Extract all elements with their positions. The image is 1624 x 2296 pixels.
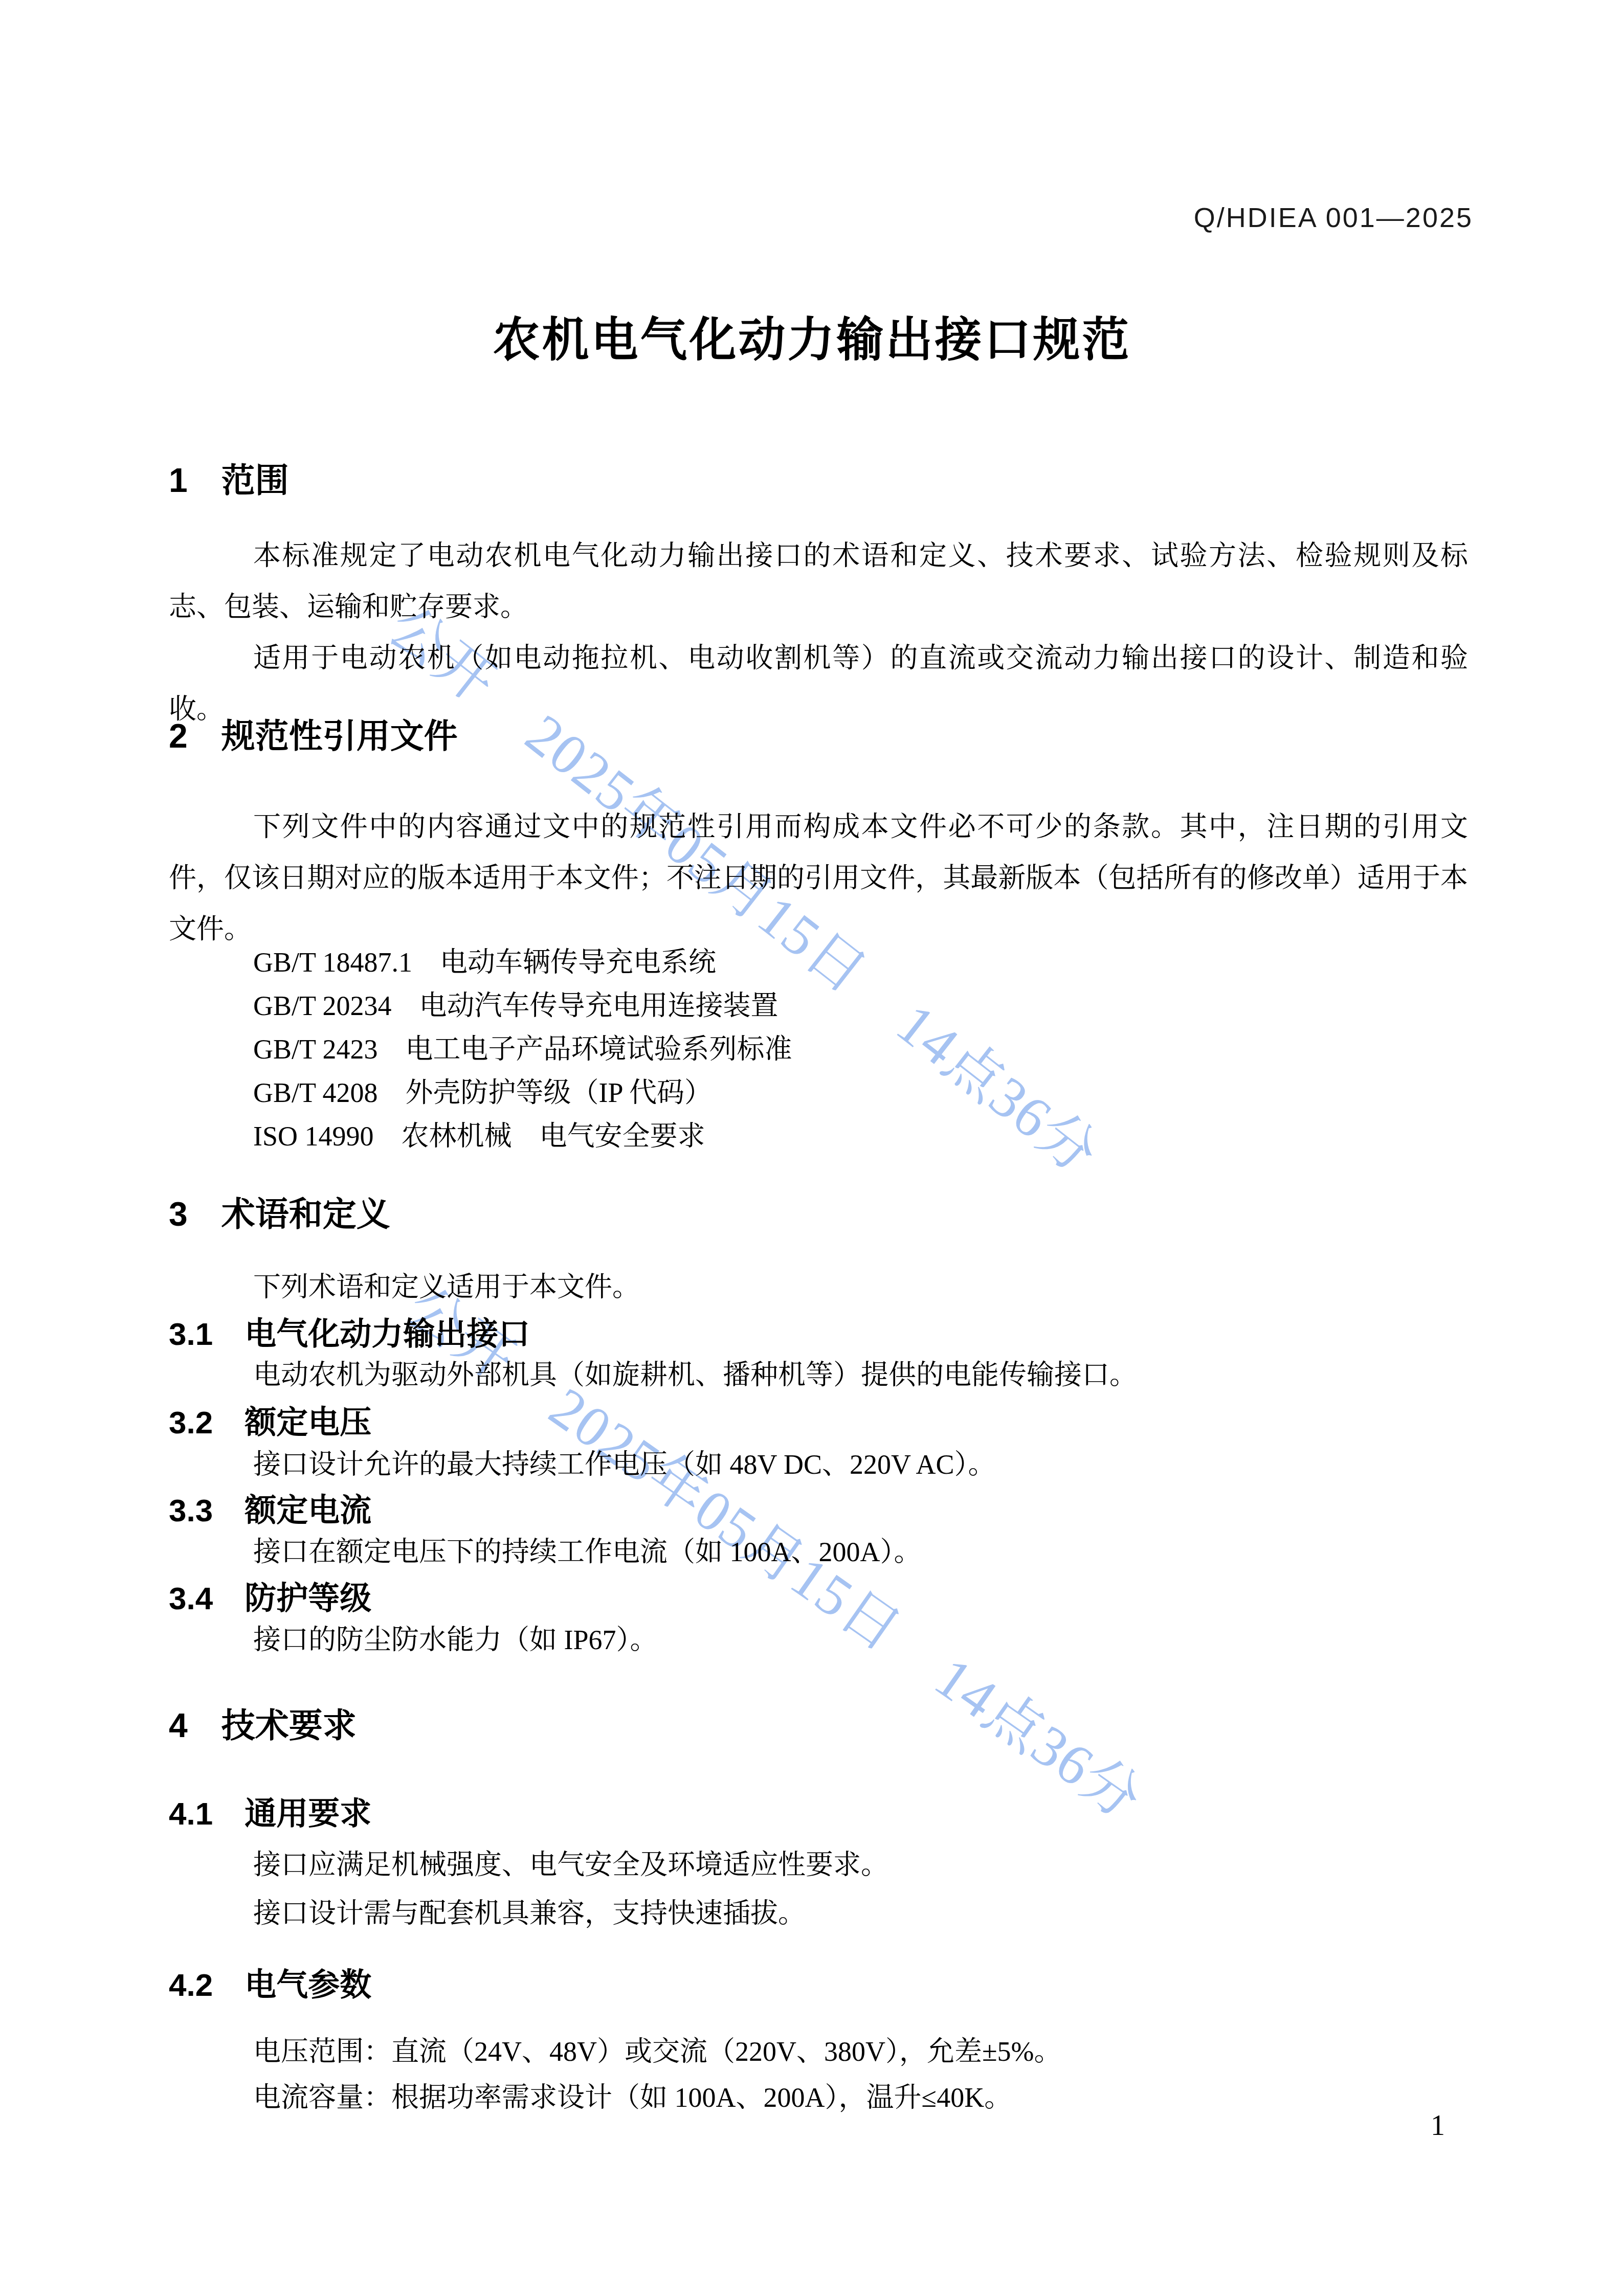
term-3-3-heading: 3.3 额定电流 — [169, 1494, 371, 1527]
page-number: 1 — [1431, 2109, 1445, 2142]
term-3-4-definition: 接口的防尘防水能力（如 IP67）。 — [169, 1618, 1468, 1662]
reference-item: GB/T 4208 外壳防护等级（IP 代码） — [169, 1071, 1468, 1115]
document-content: Q/HDIEA 001—2025 农机电气化动力输出接口规范 1 范围 本标准规… — [0, 0, 1624, 2296]
section-4-2-paragraph-1: 电压范围：直流（24V、48V）或交流（220V、380V），允差±5%。 — [169, 2030, 1468, 2074]
term-3-3-definition: 接口在额定电压下的持续工作电流（如 100A、200A）。 — [169, 1530, 1468, 1574]
section-3-heading: 3 术语和定义 — [169, 1197, 390, 1232]
normative-reference-list: GB/T 18487.1 电动车辆传导充电系统 GB/T 20234 电动汽车传… — [169, 941, 1468, 1158]
reference-item: GB/T 2423 电工电子产品环境试验系列标准 — [169, 1028, 1468, 1071]
section-4-1-paragraph-1: 接口应满足机械强度、电气安全及环境适应性要求。 — [169, 1843, 1468, 1887]
reference-item: ISO 14990 农林机械 电气安全要求 — [169, 1115, 1468, 1158]
reference-item: GB/T 20234 电动汽车传导充电用连接装置 — [169, 984, 1468, 1028]
section-2-paragraph-1: 下列文件中的内容通过文中的规范性引用而构成本文件必不可少的条款。其中，注日期的引… — [169, 801, 1468, 955]
reference-item: GB/T 18487.1 电动车辆传导充电系统 — [169, 941, 1468, 984]
section-1-heading: 1 范围 — [169, 463, 289, 498]
section-2-heading: 2 规范性引用文件 — [169, 718, 458, 754]
term-3-4-heading: 3.4 防护等级 — [169, 1582, 371, 1615]
section-4-1-heading: 4.1 通用要求 — [169, 1797, 371, 1831]
term-3-2-definition: 接口设计允许的最大持续工作电压（如 48V DC、220V AC）。 — [169, 1443, 1468, 1487]
standard-document-page: 公开 2025年05月15日 14点36分 公开 2025年05月15日 14点… — [0, 0, 1624, 2296]
section-4-1-paragraph-2: 接口设计需与配套机具兼容，支持快速插拔。 — [169, 1892, 1468, 1935]
term-3-1-definition: 电动农机为驱动外部机具（如旋耕机、播种机等）提供的电能传输接口。 — [169, 1354, 1468, 1397]
page-title: 农机电气化动力输出接口规范 — [0, 314, 1624, 366]
term-3-2-heading: 3.2 额定电压 — [169, 1406, 371, 1439]
section-4-heading: 4 技术要求 — [169, 1708, 357, 1743]
section-3-intro: 下列术语和定义适用于本文件。 — [169, 1266, 1468, 1309]
section-4-2-paragraph-2: 电流容量：根据功率需求设计（如 100A、200A），温升≤40K。 — [169, 2076, 1468, 2120]
standard-number: Q/HDIEA 001—2025 — [1194, 202, 1473, 234]
term-3-1-heading: 3.1 电气化动力输出接口 — [169, 1318, 530, 1351]
section-4-2-heading: 4.2 电气参数 — [169, 1969, 371, 2002]
section-1-paragraph-1: 本标准规定了电动农机电气化动力输出接口的术语和定义、技术要求、试验方法、检验规则… — [169, 530, 1468, 633]
